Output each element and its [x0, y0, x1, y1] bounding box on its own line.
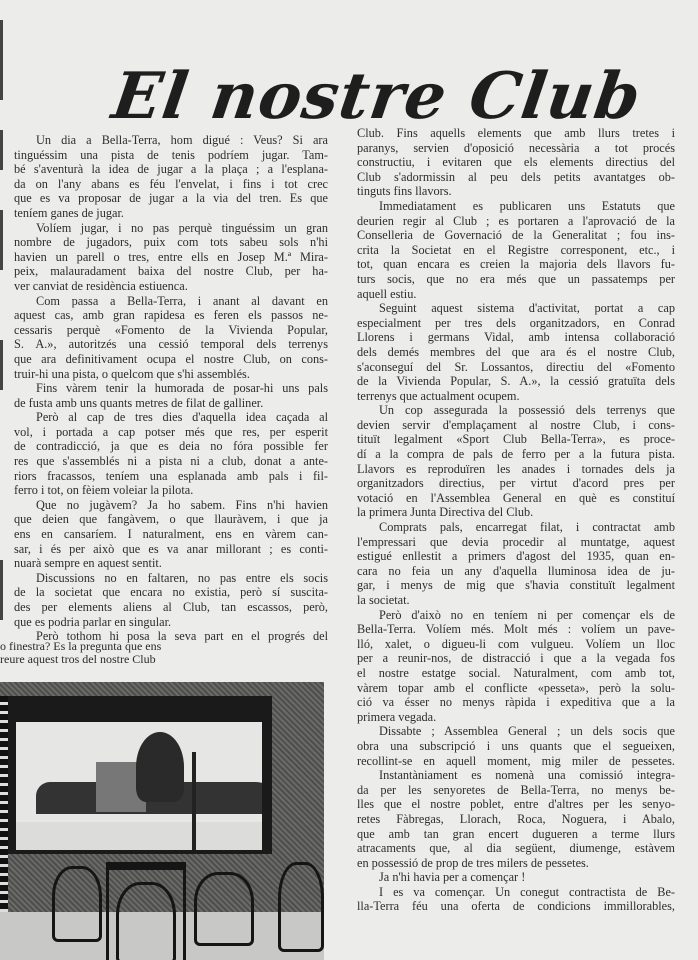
text-line: sar, i és per això que es va anar millor… — [14, 542, 328, 557]
text-line: vàrem topar amb el conflicte «pesseta», … — [357, 681, 675, 696]
text-line: constructiu, i evitaren que els elements… — [357, 155, 675, 170]
caption-line: reure aquest tros del nostre Club — [0, 653, 200, 666]
text-line: de contradicció, ja que es deia no fóra … — [14, 439, 328, 454]
text-line: Instantàniament es nomenà una comissió i… — [357, 768, 675, 783]
text-line: lló, xalet, o digueu-li com vulgueu. Vol… — [357, 637, 675, 652]
text-line: Bella-Terra. Volíem més. Molt més : volí… — [357, 622, 675, 637]
text-line: retes Fàbregas, Llorach, Roca, Noguera, … — [357, 812, 675, 827]
text-line: tinguts fins llavors. — [357, 184, 675, 199]
text-line: el nostre estatge social. Naturalment, c… — [357, 666, 675, 681]
text-line: Comprats pals, encarregat filat, i contr… — [357, 520, 675, 535]
text-line: Com passa a Bella-Terra, i anant al dava… — [14, 294, 328, 309]
right-text-column: Club. Fins aquells elements que amb llur… — [357, 126, 675, 914]
text-line: Club s'adormissin al peu dels petits ava… — [357, 170, 675, 185]
wicker-chair — [194, 872, 254, 946]
text-line: aquest cas, amb gran rapidesa es feren e… — [14, 308, 328, 323]
photo-tree — [136, 732, 184, 802]
text-line: recollint-se en aquell moment, mig miler… — [357, 754, 675, 769]
text-line: deurien regir al Club ; es portaren a l'… — [357, 214, 675, 229]
text-line: teníem ganes de jugar. — [14, 206, 328, 221]
photo-margin — [324, 682, 330, 960]
text-line: lla-Terra féu una oferta de condicions i… — [357, 899, 675, 914]
text-line: la primera Junta Directiva del Club. — [357, 505, 675, 520]
text-line: atracaments que, al dia següent, diumeng… — [357, 841, 675, 856]
text-line: I es va començar. Un conegut contractist… — [357, 885, 675, 900]
text-line: de fusta amb uns quants metres de filat … — [14, 396, 328, 411]
text-line: havien un parell o tres, entre ells en J… — [14, 250, 328, 265]
text-line: cara no feia un any d'aquella lluminosa … — [357, 564, 675, 579]
text-line: terrenys que actualment ocupem. — [357, 389, 675, 404]
photo-left-strip — [0, 696, 8, 916]
text-line: paranys, servien d'oposició necessària a… — [357, 141, 675, 156]
text-line: Conselleria de Governació de la Generali… — [357, 228, 675, 243]
text-line: Però al cap de tres dies d'aquella idea … — [14, 410, 328, 425]
text-line: peix, malauradament baixa del nostre Clu… — [14, 264, 328, 279]
text-line: vol, i portada a cap potser més que res,… — [14, 425, 328, 440]
text-line: de la societat que encara no existia, pe… — [14, 585, 328, 600]
text-line: des per elements aliens al Club, tan esc… — [14, 600, 328, 615]
text-line: riors fracassos, teníem una esplanada am… — [14, 469, 328, 484]
text-line: Discussions no en faltaren, no pas entre… — [14, 571, 328, 586]
text-line: l'empressari que devia procedir al munta… — [357, 535, 675, 550]
text-line: que amb tan gran encert dugueren a terme… — [357, 827, 675, 842]
text-line: crita la Societat en el Registre corresp… — [357, 243, 675, 258]
photo-pole — [192, 752, 196, 850]
text-line: la societat. — [357, 593, 675, 608]
text-line: que ara definitivament ocupa el nostre C… — [14, 352, 328, 367]
text-line: truir-hi una pista, o quelcom que s'hi a… — [14, 367, 328, 382]
text-line: dels demés membres del que ara és el nos… — [357, 345, 675, 360]
text-line: nuarà sempre en aquest sentit. — [14, 556, 328, 571]
text-line: ver canviat de residència estiuenca. — [14, 279, 328, 294]
text-line: devien servir d'emplaçament al nostre Cl… — [357, 418, 675, 433]
club-photo — [0, 682, 330, 960]
text-line: lles que el nostre poblet, entre d'altre… — [357, 797, 675, 812]
text-line: Dissabte ; Assemblea General ; un dels s… — [357, 724, 675, 739]
text-line: que es va proposar de jugar a la via del… — [14, 191, 328, 206]
text-line: turs socis, que no era més que un passat… — [357, 272, 675, 287]
text-line: bé s'aventurà la idea de jugar a la plaç… — [14, 162, 328, 177]
text-line: Un cop assegurada la possessió dels terr… — [357, 403, 675, 418]
text-line: que es podria parlar en singular. — [14, 615, 328, 630]
wicker-chair — [278, 862, 324, 952]
text-line: que deien que fangàvem, o que llauràvem,… — [14, 512, 328, 527]
text-line: dí a la compra de pals de ferro per a la… — [357, 447, 675, 462]
text-line: Llavors es reproduïren les anades i torn… — [357, 462, 675, 477]
text-line: res que s'assemblés ni a pista ni a club… — [14, 454, 328, 469]
left-text-column: Un dia a Bella-Terra, hom digué : Veus? … — [14, 133, 328, 644]
text-line: Ja n'hi havia per a començar ! — [357, 870, 675, 885]
text-line: ens en cansaríem. I naturalment, ens en … — [14, 527, 328, 542]
page-edge-mark — [0, 210, 3, 270]
text-line: aquell estiu. — [357, 287, 675, 302]
text-line: primera vegada. — [357, 710, 675, 725]
photo-ground — [16, 822, 262, 850]
text-line: en possessió de prop de tres milers de p… — [357, 856, 675, 871]
text-line: votació en l'Assemblea General en què es… — [357, 491, 675, 506]
text-line: cessaris perquè «Fomento de la Vivienda … — [14, 323, 328, 338]
text-line: Immediatament es publicaren uns Estatuts… — [357, 199, 675, 214]
photo-caption: o finestra? Es la pregunta que ensreure … — [0, 640, 200, 666]
page-edge-mark — [0, 340, 3, 390]
text-line: gar, i menys de mig que s'havia constitu… — [357, 578, 675, 593]
text-line: Que no jugàvem? Ja ho sabem. Fins n'hi h… — [14, 498, 328, 513]
text-line: organitzadors directius, per virtut d'ac… — [357, 476, 675, 491]
text-line: Però d'això no en teníem ni per començar… — [357, 608, 675, 623]
page-edge-mark — [0, 560, 3, 620]
text-line: de la Vivienda Popular, S. A.», la cessi… — [357, 374, 675, 389]
text-line: Fins vàrem tenir la humorada de posar-hi… — [14, 381, 328, 396]
wicker-chair — [52, 866, 102, 942]
text-line: tinguéssim una pista de tenis podríem ju… — [14, 148, 328, 163]
text-line: Volíem jugar, i no pas perquè tinguéssim… — [14, 221, 328, 236]
text-line: Llorens i germans Vidal, amb intensa col… — [357, 330, 675, 345]
photo-window-view — [16, 722, 262, 850]
text-line: Seguint aquest sistema d'activitat, port… — [357, 301, 675, 316]
text-line: per a reunir-nos, de distracció i que a … — [357, 651, 675, 666]
text-line: ferro i tot, on fèiem voleiar la pilota. — [14, 483, 328, 498]
text-line: Club. Fins aquells elements que amb llur… — [357, 126, 675, 141]
text-line: especialment per tres dels organitzadors… — [357, 316, 675, 331]
text-line: s'aconseguí del Sr. Lossantos, directiu … — [357, 360, 675, 375]
text-line: tot, quan encara es creien la majoria de… — [357, 257, 675, 272]
text-line: nombre de jugadors, puix com tots sabeu … — [14, 235, 328, 250]
text-line: S. A.», autoritzés una cessió temporal d… — [14, 337, 328, 352]
text-line: ció va ésser no menys ràpida i expeditiv… — [357, 695, 675, 710]
page-edge-mark — [0, 20, 3, 100]
text-line: da per les senyoretes de Bella-Terra, no… — [357, 783, 675, 798]
text-line: estigué enllestit a primers d'agost del … — [357, 549, 675, 564]
text-line: Un dia a Bella-Terra, hom digué : Veus? … — [14, 133, 328, 148]
page-edge-mark — [0, 130, 3, 170]
wicker-chair — [116, 882, 176, 960]
text-line: tituït legalment «Sport Club Bella-Terra… — [357, 432, 675, 447]
text-line: obra una subscripció i uns quants que el… — [357, 739, 675, 754]
text-line: da on l'any abans es féu l'envelat, i fi… — [14, 177, 328, 192]
